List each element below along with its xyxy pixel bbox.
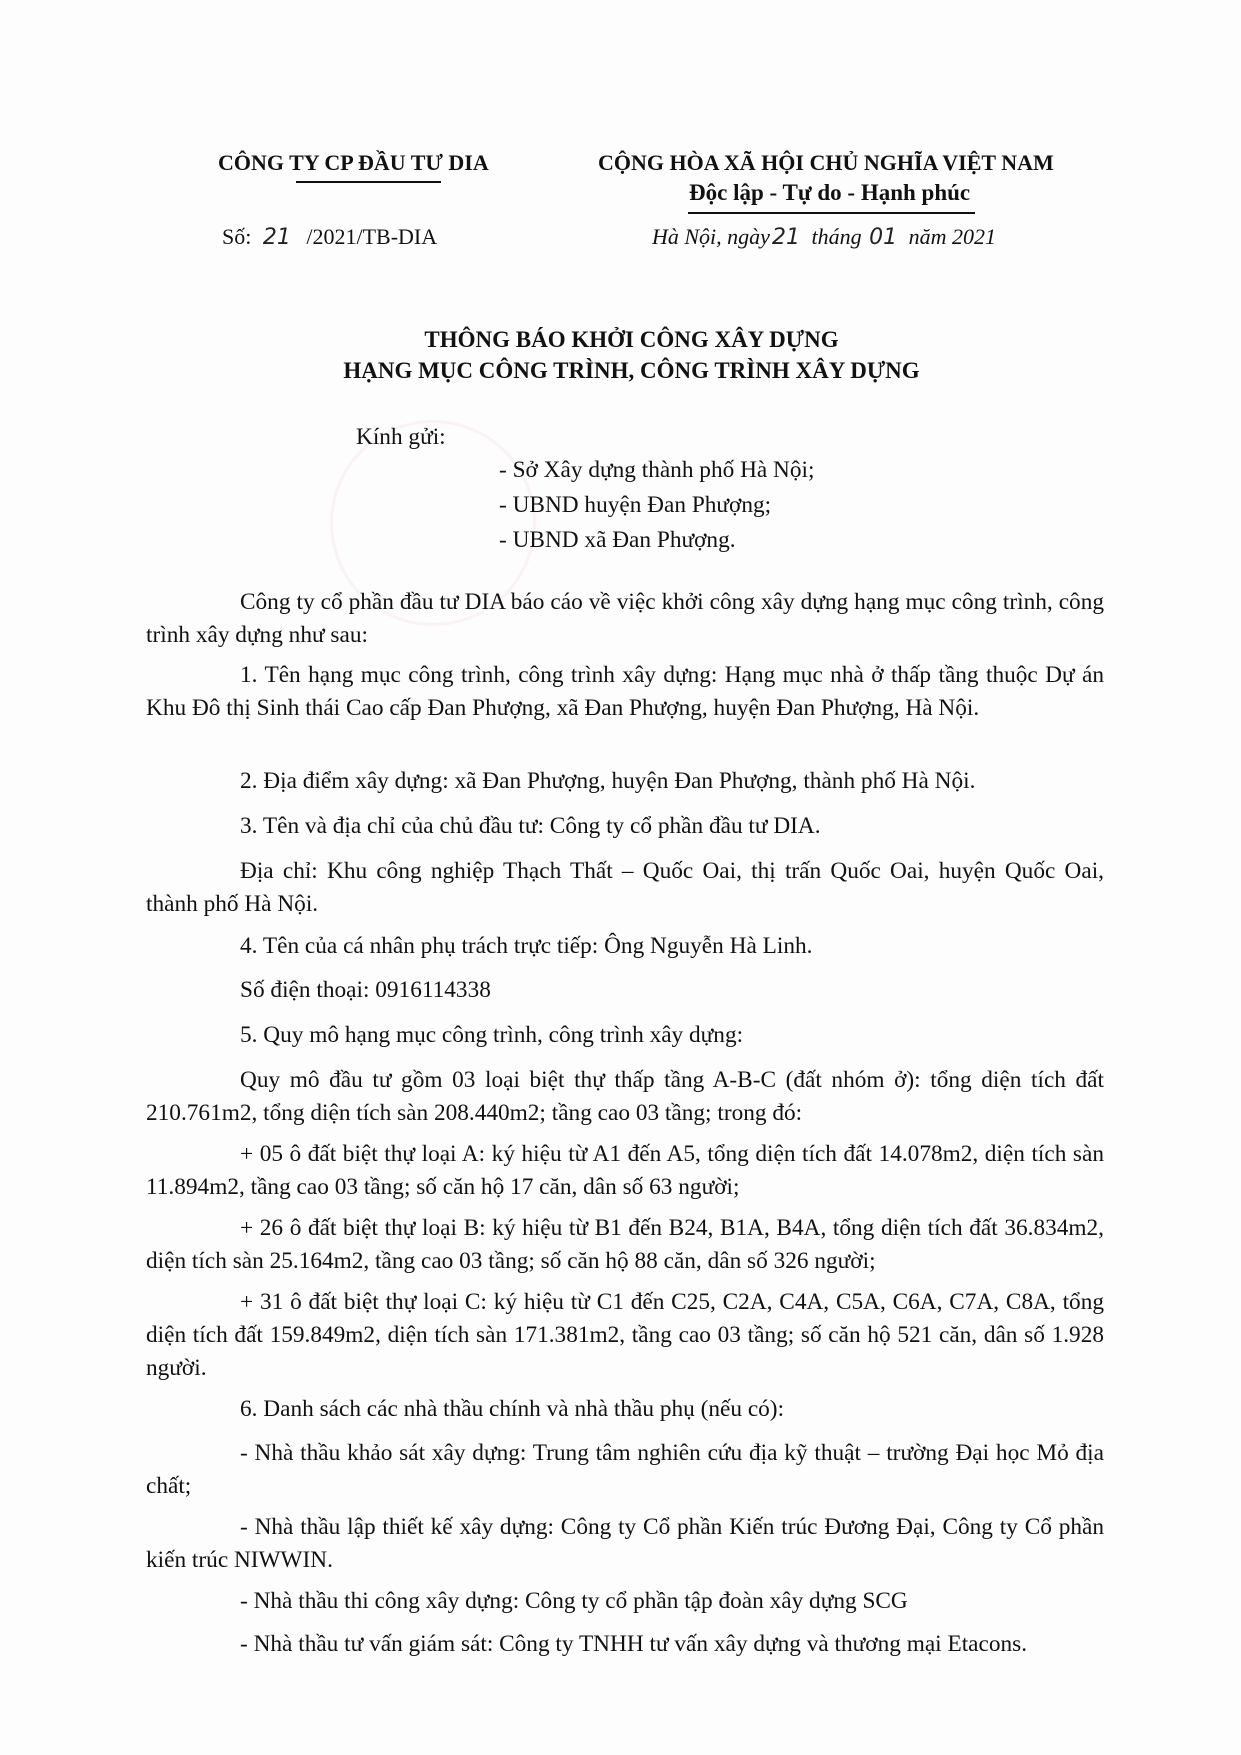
document-date: Hà Nội, ngày21 tháng 01 năm 2021 xyxy=(652,224,996,250)
recipient-item: - Sở Xây dựng thành phố Hà Nội; xyxy=(499,453,814,487)
notice-title-line1: THÔNG BÁO KHỞI CÔNG XÂY DỰNG xyxy=(0,327,1241,353)
national-motto: Độc lập - Tự do - Hạnh phúc xyxy=(689,180,970,206)
title-line2-text: HẠNG MỤC CÔNG TRÌNH, CÔNG TRÌNH XÂY DỰNG xyxy=(343,358,919,383)
item-6-contractors-heading: 6. Danh sách các nhà thầu chính và nhà t… xyxy=(146,1393,1104,1426)
date-month: 01 xyxy=(869,225,897,250)
company-underline xyxy=(296,181,441,183)
document-number: Số: 21 /2021/TB-DIA xyxy=(222,224,437,250)
nation-title: CỘNG HÒA XÃ HỘI CHỦ NGHĨA VIỆT NAM xyxy=(598,150,1054,176)
number-handwritten: 21 xyxy=(263,225,291,250)
item-3-investor: 3. Tên và địa chỉ của chủ đầu tư: Công t… xyxy=(146,810,1104,843)
item-1-project-name: 1. Tên hạng mục công trình, công trình x… xyxy=(146,659,1104,725)
intro-paragraph: Công ty cổ phần đầu tư DIA báo cáo về vi… xyxy=(146,586,1104,652)
company-name: CÔNG TY CP ĐẦU TƯ DIA xyxy=(218,150,489,176)
motto-underline xyxy=(688,212,975,214)
item-4-person-in-charge: 4. Tên của cá nhân phụ trách trực tiếp: … xyxy=(146,930,1104,963)
item-6-construction-contractor: - Nhà thầu thi công xây dựng: Công ty cổ… xyxy=(146,1585,1104,1618)
item-2-location: 2. Địa điểm xây dựng: xã Đan Phượng, huy… xyxy=(146,765,1104,798)
item-3-address: Địa chỉ: Khu công nghiệp Thạch Thất – Qu… xyxy=(146,855,1104,921)
item-4-phone: Số điện thoại: 0916114338 xyxy=(146,974,1104,1007)
item-5-villa-type-b: + 26 ô đất biệt thự loại B: ký hiệu từ B… xyxy=(146,1212,1104,1278)
date-year: năm 2021 xyxy=(909,224,996,249)
item-5-villa-type-a: + 05 ô đất biệt thự loại A: ký hiệu từ A… xyxy=(146,1138,1104,1204)
item-6-supervision-contractor: - Nhà thầu tư vấn giám sát: Công ty TNHH… xyxy=(146,1628,1104,1661)
number-prefix: Số: xyxy=(222,224,251,249)
date-prefix: Hà Nội, ngày xyxy=(652,224,770,249)
recipients-label: Kính gửi: xyxy=(356,420,446,454)
item-6-survey-contractor: - Nhà thầu khảo sát xây dựng: Trung tâm … xyxy=(146,1437,1104,1503)
recipient-item: - UBND huyện Đan Phượng; xyxy=(499,488,771,522)
item-5-scale-heading: 5. Quy mô hạng mục công trình, công trìn… xyxy=(146,1019,1104,1052)
number-suffix: /2021/TB-DIA xyxy=(306,224,437,249)
date-day: 21 xyxy=(772,225,800,250)
item-5-scale-summary: Quy mô đầu tư gồm 03 loại biệt thự thấp … xyxy=(146,1064,1104,1130)
document-page: CÔNG TY CP ĐẦU TƯ DIA Số: 21 /2021/TB-DI… xyxy=(0,0,1241,1755)
title-line1-text: THÔNG BÁO KHỞI CÔNG XÂY DỰNG xyxy=(424,327,838,352)
recipient-item: - UBND xã Đan Phượng. xyxy=(499,523,736,557)
notice-title-line2: HẠNG MỤC CÔNG TRÌNH, CÔNG TRÌNH XÂY DỰNG xyxy=(0,358,1241,384)
item-5-villa-type-c: + 31 ô đất biệt thự loại C: ký hiệu từ C… xyxy=(146,1286,1104,1385)
item-6-design-contractor: - Nhà thầu lập thiết kế xây dựng: Công t… xyxy=(146,1511,1104,1577)
date-month-label: tháng xyxy=(811,224,861,249)
